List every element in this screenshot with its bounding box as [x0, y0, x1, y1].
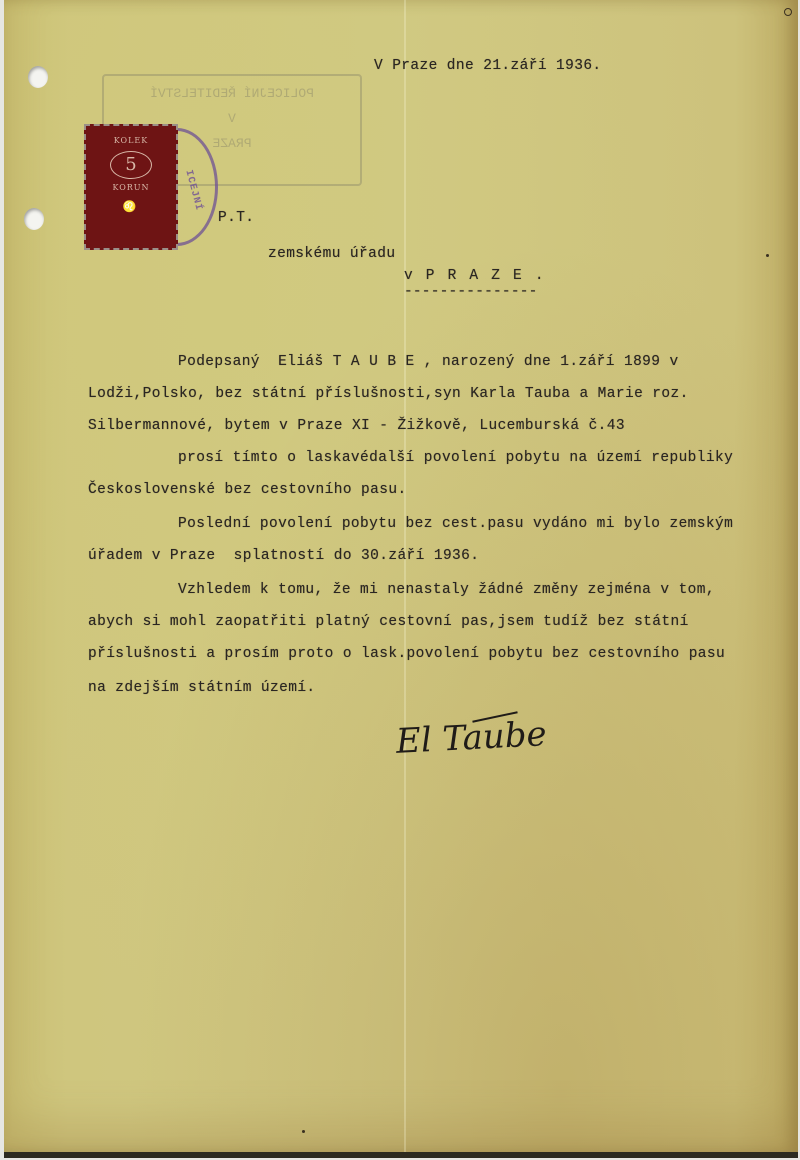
revenue-stamp: KOLEK 5 KORUN ♌	[84, 124, 178, 250]
round-stamp-text: ICEJNÍ	[182, 169, 203, 212]
punch-hole-icon	[24, 208, 44, 230]
document-page: POLICEJNÍ ŘEDITELSTVÍ V PRAZE ICEJNÍ KOL…	[4, 0, 798, 1158]
revenue-stamp-currency: KORUN	[86, 183, 176, 192]
lion-emblem-icon: ♌	[86, 200, 176, 213]
signature: El Taube	[395, 714, 547, 762]
body-line: úřadem v Praze splatností do 30.září 193…	[88, 548, 479, 564]
faint-stamp-line1: POLICEJNÍ ŘEDITELSTVÍ	[104, 86, 360, 101]
body-line: Podepsaný Eliáš T A U B E , narozený dne…	[178, 354, 679, 370]
paper-fold	[404, 0, 406, 1152]
ink-speck	[766, 254, 769, 257]
punch-hole-icon	[28, 66, 48, 88]
body-line: Poslední povolení pobytu bez cest.pasu v…	[178, 516, 733, 532]
salutation: P.T.	[218, 210, 254, 226]
body-line: Vzhledem k tomu, že mi nenastaly žádné z…	[178, 582, 715, 598]
ink-speck	[302, 1130, 305, 1133]
recipient-underline: ---------------	[404, 284, 538, 300]
body-line: příslušnosti a prosím proto o lask.povol…	[88, 646, 725, 662]
body-line: na zdejším státním území.	[88, 680, 316, 696]
body-line: prosí tímto o laskavédalší povolení poby…	[178, 450, 733, 466]
revenue-stamp-value: 5	[110, 151, 152, 179]
ink-speck	[784, 8, 792, 16]
place-date: V Praze dne 21.září 1936.	[374, 58, 602, 74]
body-line: Lodži,Polsko, bez státní příslušnosti,sy…	[88, 386, 689, 402]
recipient-line1: zemskému úřadu	[268, 246, 395, 262]
recipient-line2: v P R A Z E .	[404, 268, 546, 284]
body-line: Silbermannové, bytem v Praze XI - Žižkov…	[88, 418, 625, 434]
revenue-stamp-title: KOLEK	[86, 136, 176, 145]
body-line: abych si mohl zaopatřiti platný cestovní…	[88, 614, 689, 630]
body-line: Československé bez cestovního pasu.	[88, 482, 407, 498]
